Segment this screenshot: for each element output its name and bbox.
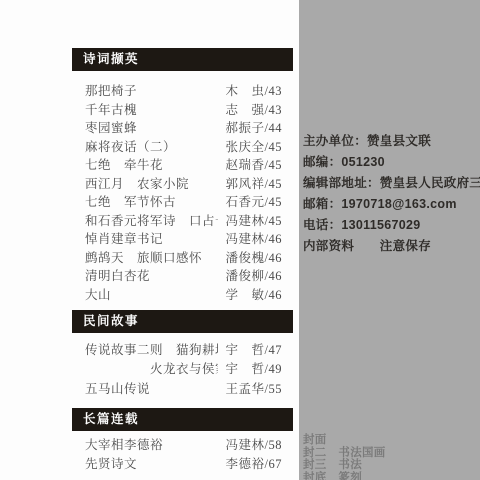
- entry-title: 枣园蜜蜂: [85, 118, 137, 136]
- toc-entry: 麻将夜话（二）张庆全/45: [85, 137, 282, 156]
- entry-title: 大山: [85, 285, 111, 303]
- entry-author-page: 郭风祥/45: [226, 174, 282, 192]
- section-folk-items: 传说故事二则 猫狗耕地宇 哲/47 火龙衣与侯家大院宇 哲/49 五马山传说王孟…: [72, 333, 293, 408]
- entry-author-page: 李德裕/67: [226, 454, 282, 472]
- entry-title: 麻将夜话（二）: [85, 137, 176, 155]
- toc-entry: 传说故事二则 猫狗耕地宇 哲/47: [85, 339, 282, 359]
- cover-line-front: 封面: [303, 434, 479, 447]
- section-title: 民间故事: [83, 314, 139, 328]
- entry-author-page: 冯建林/45: [226, 211, 282, 229]
- entry-title: 和石香元将军诗 口占一首: [85, 211, 218, 229]
- entry-author-page: 张庆全/45: [226, 137, 282, 155]
- toc-entry: 鹧鸪天 旅顺口感怀潘俊槐/46: [85, 248, 282, 267]
- entry-title: 七绝 牵牛花: [85, 155, 163, 173]
- toc-entry: 千年古槐志 强/43: [85, 100, 282, 119]
- entry-author-page: 郝振子/44: [226, 118, 282, 136]
- info-line-organizer: 主办单位：赞皇县文联: [303, 131, 479, 152]
- entry-title: 那把椅子: [85, 81, 137, 99]
- entry-title: 悼肖建章书记: [85, 229, 163, 247]
- entry-title: 大宰相李德裕: [85, 435, 163, 453]
- section-title: 长篇连载: [83, 412, 139, 426]
- section-folk-stories: 民间故事 传说故事二则 猫狗耕地宇 哲/47 火龙衣与侯家大院宇 哲/49 五马…: [72, 310, 293, 408]
- toc-entry: 先贤诗文李德裕/67: [85, 454, 282, 473]
- entry-author-page: 潘俊槐/46: [226, 248, 282, 266]
- toc-entry: 悼肖建章书记冯建林/46: [85, 229, 282, 248]
- section-poetry-items: 那把椅子木 虫/43 千年古槐志 强/43 枣园蜜蜂郝振子/44 麻将夜话（二）…: [72, 71, 293, 310]
- info-line-internal-notice: 内部资料 注意保存: [303, 236, 479, 257]
- section-serial-items: 大宰相李德裕冯建林/58 先贤诗文李德裕/67: [72, 431, 293, 473]
- entry-title: 鹧鸪天 旅顺口感怀: [85, 248, 202, 266]
- entry-title: 传说故事二则 猫狗耕地: [85, 340, 218, 358]
- cover-line-back: 封底 篆刻: [303, 472, 479, 480]
- toc-sections: 诗词撷英 那把椅子木 虫/43 千年古槐志 强/43 枣园蜜蜂郝振子/44 麻将…: [72, 48, 293, 473]
- entry-author-page: 木 虫/43: [226, 81, 282, 99]
- toc-entry: 清明白杏花潘俊柳/46: [85, 266, 282, 285]
- toc-entry: 七绝 军节怀古石香元/45: [85, 192, 282, 211]
- info-line-postcode: 邮编：051230: [303, 152, 479, 173]
- toc-entry: 五马山传说王孟华/55: [85, 378, 282, 398]
- entry-author-page: 潘俊柳/46: [226, 266, 282, 284]
- info-line-phone: 电话：13011567029: [303, 215, 479, 236]
- entry-title: 清明白杏花: [85, 266, 150, 284]
- entry-title: 五马山传说: [85, 379, 150, 397]
- toc-entry: 西江月 农家小院郭风祥/45: [85, 174, 282, 193]
- entry-author-page: 冯建林/58: [226, 435, 282, 453]
- toc-entry: 大山学 敏/46: [85, 285, 282, 304]
- entry-author-page: 宇 哲/49: [226, 359, 282, 377]
- info-line-email: 邮箱：1970718@163.com: [303, 194, 479, 215]
- section-title: 诗词撷英: [83, 52, 139, 66]
- cover-credits-block: 封面 封二 书法国画 封三 书法 封底 篆刻: [303, 434, 479, 480]
- section-header-folk-stories: 民间故事: [72, 310, 293, 333]
- toc-entry: 那把椅子木 虫/43: [85, 81, 282, 100]
- entry-title: 先贤诗文: [85, 454, 137, 472]
- entry-title: 西江月 农家小院: [85, 174, 189, 192]
- cover-line-inside-front: 封二 书法国画: [303, 447, 479, 460]
- toc-entry: 枣园蜜蜂郝振子/44: [85, 118, 282, 137]
- entry-author-page: 志 强/43: [226, 100, 282, 118]
- entry-title: 千年古槐: [85, 100, 137, 118]
- info-line-address: 编辑部地址：赞皇县人民政府三楼: [303, 173, 479, 194]
- publisher-info-panel: 主办单位：赞皇县文联 邮编：051230 编辑部地址：赞皇县人民政府三楼 邮箱：…: [299, 0, 480, 480]
- entry-title: 七绝 军节怀古: [85, 192, 176, 210]
- entry-author-page: 学 敏/46: [226, 285, 282, 303]
- toc-entry: 火龙衣与侯家大院宇 哲/49: [85, 359, 282, 379]
- section-serial: 长篇连载 大宰相李德裕冯建林/58 先贤诗文李德裕/67: [72, 408, 293, 473]
- toc-entry: 和石香元将军诗 口占一首冯建林/45: [85, 211, 282, 230]
- cover-line-inside-back: 封三 书法: [303, 459, 479, 472]
- entry-title: 火龙衣与侯家大院: [85, 359, 218, 377]
- section-header-serial: 长篇连载: [72, 408, 293, 431]
- entry-author-page: 王孟华/55: [226, 379, 282, 397]
- entry-author-page: 赵瑞香/45: [226, 155, 282, 173]
- section-poetry: 诗词撷英 那把椅子木 虫/43 千年古槐志 强/43 枣园蜜蜂郝振子/44 麻将…: [72, 48, 293, 310]
- publisher-info-block: 主办单位：赞皇县文联 邮编：051230 编辑部地址：赞皇县人民政府三楼 邮箱：…: [303, 131, 479, 257]
- entry-author-page: 冯建林/46: [226, 229, 282, 247]
- entry-author-page: 石香元/45: [226, 192, 282, 210]
- toc-entry: 大宰相李德裕冯建林/58: [85, 435, 282, 454]
- entry-author-page: 宇 哲/47: [226, 340, 282, 358]
- section-header-poetry: 诗词撷英: [72, 48, 293, 71]
- toc-entry: 七绝 牵牛花赵瑞香/45: [85, 155, 282, 174]
